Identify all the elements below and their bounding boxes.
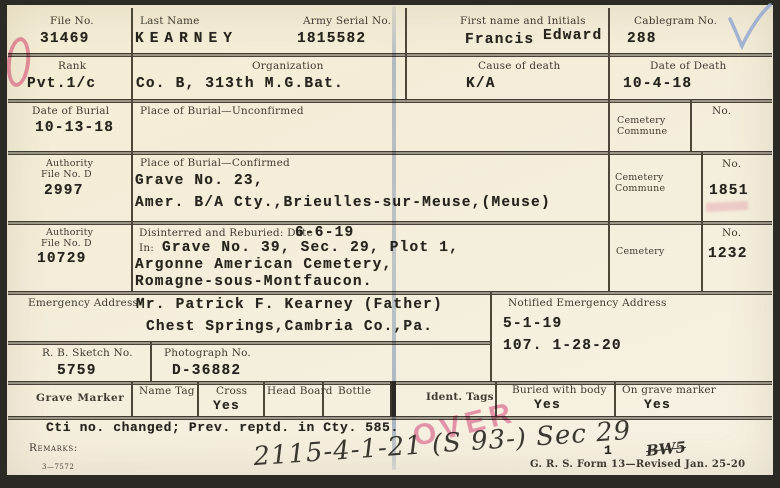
rank-value: Pvt.1/c — [27, 76, 96, 92]
cemetery-label: Cemetery — [616, 246, 664, 257]
cause-of-death-label: Cause of death — [478, 60, 561, 72]
v-rule — [608, 99, 610, 291]
rb-sketch-label: R. B. Sketch No. — [42, 347, 133, 359]
h-rule — [8, 151, 772, 155]
v-rule — [690, 99, 692, 151]
v-rule — [614, 381, 616, 416]
name-tag-header: Name Tag — [139, 385, 195, 397]
cause-of-death-value: K/A — [466, 76, 496, 92]
page-number: 1 — [604, 443, 613, 458]
rank-label: Rank — [58, 60, 86, 72]
file-no-label: File No. — [50, 15, 94, 27]
h-rule — [8, 53, 772, 57]
v-rule — [150, 341, 152, 381]
date-of-death-value: 10-4-18 — [623, 76, 692, 92]
v-rule — [701, 151, 703, 291]
cemetery-commune-label: Commune — [615, 183, 665, 194]
no-label: No. — [722, 227, 741, 239]
v-rule — [131, 8, 133, 53]
v-rule — [263, 381, 265, 416]
authority-value: 2997 — [44, 183, 84, 199]
last-name-value: KEARNEY — [135, 31, 238, 47]
buried-with-body-label: Buried with body — [512, 384, 607, 396]
army-serial-value: 1815582 — [297, 31, 366, 47]
authority-file-label: File No. D — [41, 238, 92, 249]
last-name-label: Last Name — [140, 15, 200, 27]
check-mark-icon — [723, 2, 775, 52]
grave-marker-label: Grave Marker — [36, 392, 124, 404]
cemetery-commune-label: Cemetery — [615, 172, 663, 183]
print-code: 3—7572 — [42, 463, 74, 471]
notified-address-line2: 107. 1-28-20 — [503, 338, 622, 354]
on-grave-marker-value: Yes — [644, 397, 671, 412]
buried-with-body-value: Yes — [534, 397, 561, 412]
emergency-address-line2: Chest Springs,Cambria Co.,Pa. — [146, 319, 433, 335]
v-rule — [608, 53, 610, 99]
no-label: No. — [712, 105, 731, 117]
photograph-label: Photograph No. — [164, 347, 251, 359]
army-serial-label: Army Serial No. — [303, 15, 391, 27]
grave-no-value: 1851 — [709, 183, 749, 199]
cablegram-label: Cablegram No. — [634, 15, 717, 27]
authority-label: Authority — [46, 158, 93, 169]
cemetery-commune-label: Cemetery — [617, 115, 665, 126]
v-rule — [197, 381, 199, 416]
v-rule — [405, 8, 407, 99]
cross-header: Cross — [216, 385, 247, 397]
first-name-label: First name and Initials — [460, 15, 586, 27]
cablegram-value: 288 — [627, 31, 657, 47]
date-of-burial-value: 10-13-18 — [35, 120, 114, 136]
reburial-label: Disinterred and Reburied: Date — [139, 227, 313, 239]
h-rule — [8, 221, 772, 225]
bottle-header: Bottle — [338, 385, 371, 397]
reburial-in-label: In: — [139, 242, 154, 254]
ident-tags-label: Ident. Tags — [426, 391, 494, 403]
cross-value: Yes — [213, 398, 240, 413]
v-rule — [131, 53, 133, 99]
authority-value: 10729 — [37, 251, 87, 267]
burial-unconfirmed-label: Place of Burial—Unconfirmed — [140, 105, 304, 117]
first-name-added-value: Edward — [543, 28, 602, 44]
h-rule — [8, 99, 772, 103]
emergency-address-line1: Mr. Patrick F. Kearney (Father) — [136, 297, 443, 313]
h-rule — [8, 291, 772, 295]
photograph-value: D-36882 — [172, 363, 241, 379]
head-board-header: Head Board — [267, 385, 333, 397]
notified-address-line1: 5-1-19 — [503, 316, 562, 332]
burial-confirmed-line2: Amer. B/A Cty.,Brieulles-sur-Meuse,(Meus… — [135, 195, 551, 211]
reburial-line1: Grave No. 39, Sec. 29, Plot 1, — [162, 240, 459, 256]
notified-address-label: Notified Emergency Address — [508, 297, 667, 309]
organization-value: Co. B, 313th M.G.Bat. — [136, 76, 344, 92]
reburial-date-value: 6-6-19 — [295, 225, 354, 241]
v-rule — [490, 291, 492, 381]
burial-confirmed-label: Place of Burial—Confirmed — [140, 157, 290, 169]
organization-label: Organization — [252, 60, 324, 72]
h-rule — [8, 341, 490, 345]
emergency-address-label: Emergency Address — [28, 297, 138, 309]
authority-label: Authority — [46, 227, 93, 238]
burial-confirmed-line1: Grave No. 23, — [135, 173, 264, 189]
authority-file-label: File No. D — [41, 169, 92, 180]
date-of-burial-label: Date of Burial — [32, 105, 109, 117]
remarks-label: Remarks: — [29, 442, 78, 454]
first-name-value: Francis — [465, 32, 534, 48]
reburial-line2: Argonne American Cemetery, — [135, 257, 392, 273]
date-of-death-label: Date of Death — [650, 60, 726, 72]
blue-crayon-line — [392, 6, 396, 470]
grave-no-value: 1232 — [708, 246, 748, 262]
no-label: No. — [722, 158, 741, 170]
remarks-value: Cti no. changed; Prev. reptd. in Cty. 58… — [46, 420, 399, 435]
v-rule — [131, 381, 133, 416]
v-rule — [608, 8, 610, 53]
file-no-value: 31469 — [40, 31, 90, 47]
form-id: G. R. S. Form 13—Revised Jan. 25-20 — [530, 459, 745, 470]
v-rule — [131, 99, 133, 291]
cemetery-commune-label: Commune — [617, 126, 667, 137]
reburial-line3: Romagne-sous-Montfaucon. — [135, 274, 373, 290]
on-grave-marker-label: On grave marker — [622, 384, 716, 396]
rb-sketch-value: 5759 — [57, 363, 97, 379]
burial-card-scan: File No. 31469 Last Name KEARNEY Army Se… — [0, 0, 780, 488]
